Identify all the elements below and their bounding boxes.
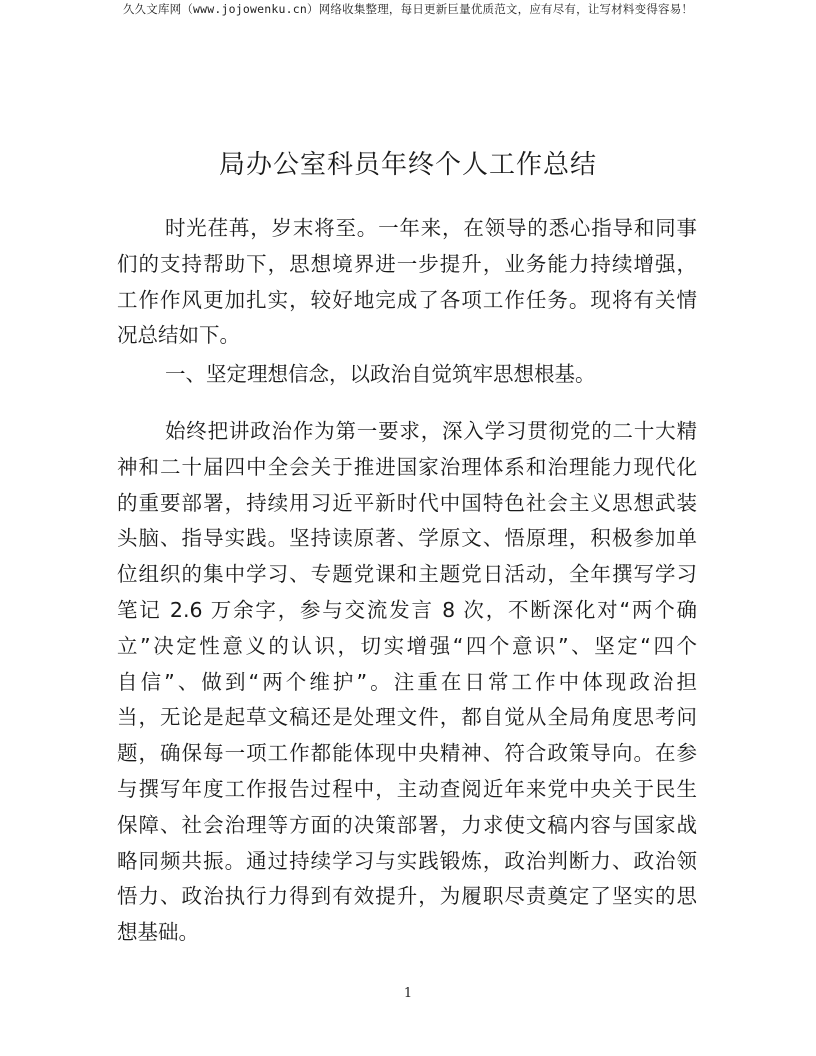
page-number: 1 xyxy=(0,986,816,1002)
document-title: 局办公室科员年终个人工作总结 xyxy=(0,147,816,183)
section-1-paragraph: 始终把讲政治作为第一要求，深入学习贯彻党的二十大精 神和二十届四中全会关于推进国… xyxy=(117,414,697,951)
section-heading-text: 一、坚定理想信念，以政治自觉筑牢思想根基。 xyxy=(117,357,697,393)
text-line: 想基础。 xyxy=(117,915,697,951)
text-line: 的重要部署，持续用习近平新时代中国特色社会主义思想武装 xyxy=(117,486,697,522)
site-watermark-banner: 久久文库网（www.jojowenku.cn）网络收集整理，每日更新巨量优质范文… xyxy=(0,2,816,16)
section-heading: 一、坚定理想信念，以政治自觉筑牢思想根基。 xyxy=(117,357,697,393)
text-line: 时光荏苒，岁末将至。一年来，在领导的悉心指导和同事 xyxy=(117,211,697,247)
text-line: 当，无论是起草文稿还是处理文件，都自觉从全局角度思考问 xyxy=(117,700,697,736)
text-line: 悟力、政治执行力得到有效提升，为履职尽责奠定了坚实的思 xyxy=(117,879,697,915)
text-line: 笔记 2.6 万余字，参与交流发言 8 次，不断深化对“两个确 xyxy=(117,593,697,629)
text-line: 位组织的集中学习、专题党课和主题党日活动，全年撰写学习 xyxy=(117,557,697,593)
text-line: 工作作风更加扎实，较好地完成了各项工作任务。现将有关情 xyxy=(117,283,697,319)
text-line: 自信”、做到“两个维护”。注重在日常工作中体现政治担 xyxy=(117,665,697,701)
text-line: 题，确保每一项工作都能体现中央精神、符合政策导向。在参 xyxy=(117,736,697,772)
text-line: 始终把讲政治作为第一要求，深入学习贯彻党的二十大精 xyxy=(117,414,697,450)
text-line: 保障、社会治理等方面的决策部署，力求使文稿内容与国家战 xyxy=(117,808,697,844)
text-line: 与撰写年度工作报告过程中，主动查阅近年来党中央关于民生 xyxy=(117,772,697,808)
text-line: 神和二十届四中全会关于推进国家治理体系和治理能力现代化 xyxy=(117,450,697,486)
intro-paragraph: 时光荏苒，岁末将至。一年来，在领导的悉心指导和同事 们的支持帮助下，思想境界进一… xyxy=(117,211,697,354)
text-line: 况总结如下。 xyxy=(117,318,697,354)
text-line: 略同频共振。通过持续学习与实践锻炼，政治判断力、政治领 xyxy=(117,844,697,880)
text-line: 们的支持帮助下，思想境界进一步提升，业务能力持续增强， xyxy=(117,247,697,283)
text-line: 立”决定性意义的认识，切实增强“四个意识”、坚定“四个 xyxy=(117,629,697,665)
text-line: 头脑、指导实践。坚持读原著、学原文、悟原理，积极参加单 xyxy=(117,521,697,557)
